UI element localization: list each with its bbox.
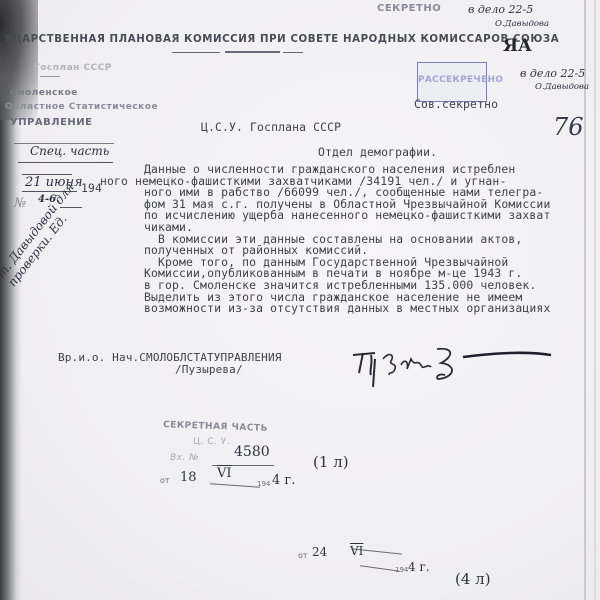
incoming-stamp-org: Ц. С. У. — [193, 437, 230, 447]
second-year-suffix: 4 г. — [408, 560, 430, 574]
number-prefix: № — [14, 196, 26, 211]
handwritten-file-note-2: в дело 22-5 — [520, 67, 585, 80]
page-number-handwritten: 76 — [553, 113, 584, 141]
letterhead-underline — [283, 52, 303, 53]
incoming-from-label: от — [160, 476, 170, 485]
left-header-line2: Смоленское — [10, 88, 78, 98]
letterhead-underline — [172, 52, 220, 53]
incoming-day: 18 — [180, 470, 197, 485]
underline — [18, 162, 113, 163]
addressee: Ц.С.У. Госплана СССР — [201, 120, 341, 134]
declassified-stamp-text: РАССЕКРЕЧЕНО — [418, 75, 486, 85]
incoming-year-suffix: 4 г. — [272, 473, 295, 488]
second-month: VI — [350, 544, 363, 558]
second-copies-note: (4 л) — [455, 570, 491, 588]
classification-label: Сов.секретно — [414, 97, 498, 111]
scan-fold-line — [594, 0, 596, 600]
body-text: Данные о численности гражданского населе… — [144, 164, 550, 315]
incoming-vx-label: Вх. № — [170, 453, 199, 463]
body-line: возможности из-за отсутствия данных в ме… — [144, 303, 550, 315]
left-header-line3: Областное Статистическое — [5, 102, 158, 112]
left-header-line1: Госплан СССР — [34, 63, 112, 73]
department: Отдел демографии. — [318, 145, 437, 159]
incoming-year-prefix: 194 — [257, 480, 270, 488]
incoming-vx-number: 4580 — [234, 444, 270, 460]
handwritten-file-note: в дело 22-5 — [468, 3, 533, 16]
second-from-label: от — [298, 551, 308, 560]
declassified-stamp: РАССЕКРЕЧЕНО — [417, 62, 487, 102]
faded-secret-stamp: СЕКРЕТНО — [377, 3, 441, 14]
signatory-title: Вр.и.о. Нач.СМОЛОБЛСТАТУПРАВЛЕНИЯ — [58, 351, 282, 364]
dept-handwritten: Спец. часть — [30, 144, 109, 158]
handwritten-signature — [345, 345, 555, 395]
handwritten-file-signer-2: О.Давыдова — [535, 82, 589, 92]
left-header-line4: УПРАВЛЕНИЕ — [10, 117, 92, 128]
second-year-prefix: 194 — [395, 566, 408, 574]
letterhead: УДАРСТВЕННАЯ ПЛАНОВАЯ КОМИССИЯ ПРИ СОВЕТ… — [4, 34, 559, 45]
letterhead-underline — [225, 51, 280, 53]
second-day: 24 — [312, 545, 327, 559]
incoming-copies-note: (1 л) — [313, 453, 349, 471]
handwritten-file-signer: О.Давыдова — [495, 19, 549, 29]
incoming-month: VI — [217, 466, 232, 481]
handwritten-initials: ЯА — [503, 36, 532, 56]
divider — [40, 76, 60, 77]
signatory-name: /Пузырева/ — [175, 363, 243, 376]
body-line: по исчислению ущерба нанесенного немецко… — [144, 210, 550, 222]
